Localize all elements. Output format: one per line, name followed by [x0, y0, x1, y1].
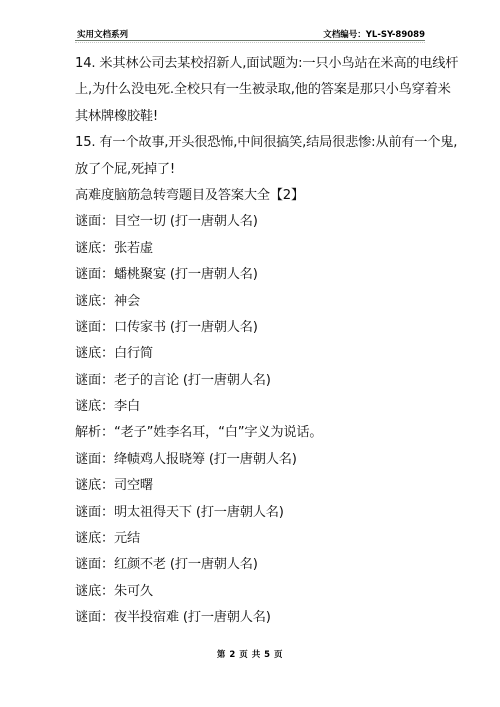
riddle-answer: 谜底：司空曙 [75, 473, 427, 499]
riddle-answer: 谜底：白行简 [75, 341, 427, 367]
riddle-question: 谜面：目空一切 (打一唐朝人名) [75, 209, 427, 235]
text-line: 其林牌橡胶鞋! [75, 104, 427, 130]
text-line: 15. 有一个故事,开头很恐怖,中间很搞笑,结局很悲惨:从前有一个鬼, [75, 130, 427, 156]
document-number: 文档编号：YL-SY-89089 [323, 28, 425, 40]
page-footer: 第 2 页 共 5 页 [0, 648, 500, 660]
section-title: 高难度脑筋急转弯题目及答案大全【2】 [75, 183, 427, 209]
riddle-question: 谜面：明太祖得天下 (打一唐朝人名) [75, 500, 427, 526]
page-header: 实用文档系列 文档编号：YL-SY-89089 [75, 26, 425, 41]
riddle-answer: 谜底：神会 [75, 289, 427, 315]
riddle-answer: 谜底：朱可久 [75, 579, 427, 605]
text-line: 放了个屁,死掉了! [75, 157, 427, 183]
riddle-answer: 谜底：元结 [75, 526, 427, 552]
riddle-question: 谜面：夜半投宿难 (打一唐朝人名) [75, 605, 427, 631]
riddle-question: 谜面：口传家书 (打一唐朝人名) [75, 315, 427, 341]
riddle-question: 谜面：绛帻鸡人报晓筹 (打一唐朝人名) [75, 447, 427, 473]
riddle-answer: 谜底：张若虚 [75, 236, 427, 262]
text-line: 上,为什么没电死.全校只有一生被录取,他的答案是那只小鸟穿着米 [75, 77, 427, 103]
riddle-answer: 谜底：李白 [75, 394, 427, 420]
riddle-question: 谜面：红颜不老 (打一唐朝人名) [75, 552, 427, 578]
document-body: 14. 米其林公司去某校招新人,面试题为:一只小鸟站在米高的电线杆 上,为什么没… [75, 51, 427, 632]
text-line: 14. 米其林公司去某校招新人,面试题为:一只小鸟站在米高的电线杆 [75, 51, 427, 77]
header-divider [75, 42, 425, 43]
series-label: 实用文档系列 [77, 28, 128, 40]
riddle-question: 谜面：老子的言论 (打一唐朝人名) [75, 368, 427, 394]
riddle-explanation: 解析：“老子”姓李名耳，“白”字义为说话。 [75, 420, 427, 446]
riddle-question: 谜面：蟠桃聚宴 (打一唐朝人名) [75, 262, 427, 288]
